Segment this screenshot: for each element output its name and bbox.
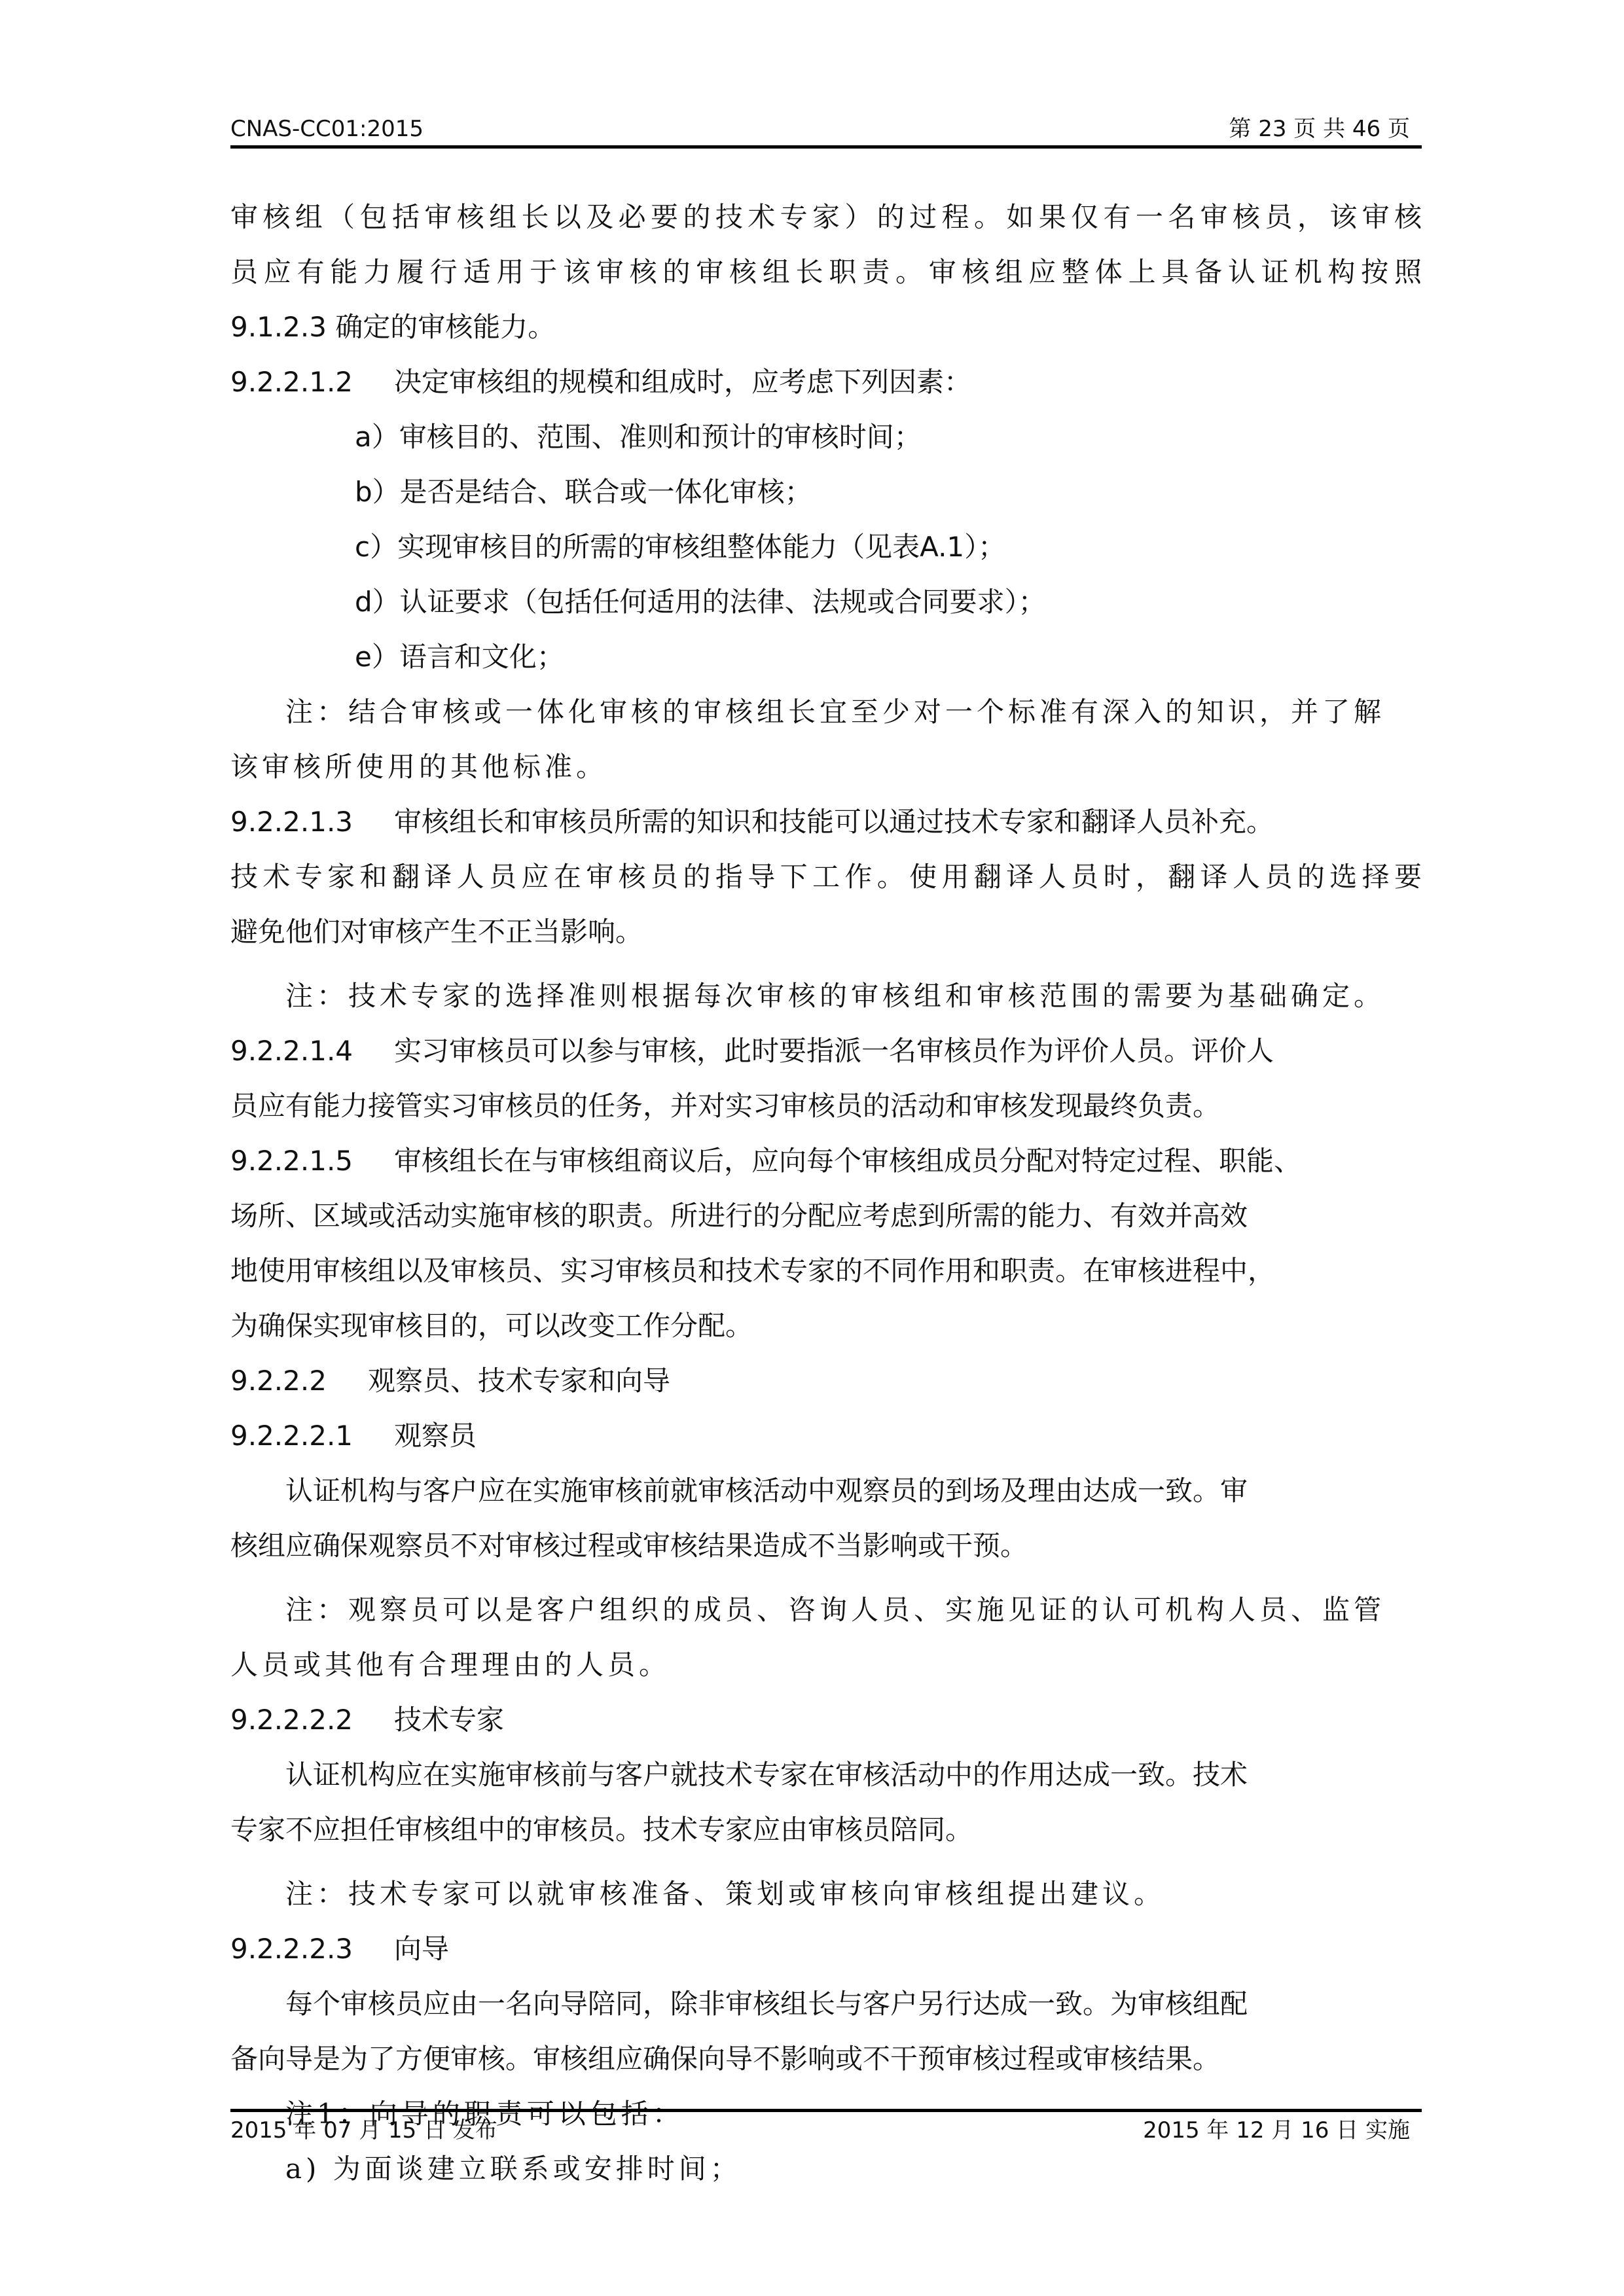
paragraph-line: 专家不应担任审核组中的审核员。技术专家应由审核员陪同。 <box>230 1803 1422 1857</box>
clause-text: 决定审核组的规模和组成时，应考虑下列因素： <box>394 366 971 398</box>
clause-9-2-2-2-2: 9.2.2.2.2技术专家 <box>230 1693 1422 1748</box>
paragraph-line: 地使用审核组以及审核员、实习审核员和技术专家的不同作用和职责。在审核进程中， <box>230 1244 1422 1299</box>
clause-9-2-2-2-3: 9.2.2.2.3向导 <box>230 1922 1422 1977</box>
paragraph-line: 认证机构与客户应在实施审核前就审核活动中观察员的到场及理由达成一致。审 <box>230 1463 1422 1518</box>
note: 注：技术专家可以就审核准备、策划或审核向审核组提出建议。 <box>230 1867 1422 1922</box>
header-rule <box>230 145 1422 149</box>
note: 注：技术专家的选择准则根据每次审核的审核组和审核范围的需要为基础确定。 <box>230 969 1422 1024</box>
document-body: 审核组（包括审核组长以及必要的技术专家）的过程。如果仅有一名审核员，该审核 员应… <box>230 190 1422 2197</box>
paragraph-line: 为确保实现审核目的，可以改变工作分配。 <box>230 1299 1422 1354</box>
page-header: CNAS-CC01:2015 第 23 页 共 46 页 <box>230 113 1422 145</box>
clause-title: 观察员 <box>394 1420 477 1452</box>
clause-9-2-2-1-3: 9.2.2.1.3审核组长和审核员所需的知识和技能可以通过技术专家和翻译人员补充… <box>230 795 1422 850</box>
clause-number: 9.2.2.2.1 <box>230 1408 394 1463</box>
page-footer: 2015 年 07 月 15 日 发布 2015 年 12 月 16 日 实施 <box>230 2114 1422 2147</box>
paragraph-line: 认证机构应在实施审核前与客户就技术专家在审核活动中的作用达成一致。技术 <box>230 1748 1422 1803</box>
note: 该审核所使用的其他标准。 <box>230 740 1422 795</box>
clause-9-2-2-2: 9.2.2.2观察员、技术专家和向导 <box>230 1354 1422 1408</box>
paragraph-line: 9.1.2.3 确定的审核能力。 <box>230 300 1422 355</box>
clause-number: 9.2.2.2.2 <box>230 1693 394 1748</box>
clause-9-2-2-2-1: 9.2.2.2.1观察员 <box>230 1408 1422 1463</box>
paragraph-line: 备向导是为了方便审核。审核组应确保向导不影响或不干预审核过程或审核结果。 <box>230 2032 1422 2087</box>
list-item: d）认证要求（包括任何适用的法律、法规或合同要求）； <box>230 575 1422 630</box>
paragraph-line: 避免他们对审核产生不正当影响。 <box>230 905 1422 960</box>
note-list-item: a) 为面谈建立联系或安排时间； <box>230 2142 1422 2197</box>
note: 注：观察员可以是客户组织的成员、咨询人员、实施见证的认可机构人员、监管 <box>230 1583 1422 1638</box>
clause-number: 9.2.2.1.4 <box>230 1024 394 1079</box>
effective-date: 2015 年 12 月 16 日 实施 <box>1143 2114 1410 2147</box>
clause-text: 审核组长和审核员所需的知识和技能可以通过技术专家和翻译人员补充。 <box>394 806 1274 838</box>
paragraph-line: 每个审核员应由一名向导陪同，除非审核组长与客户另行达成一致。为审核组配 <box>230 1977 1422 2032</box>
clause-number: 9.2.2.1.5 <box>230 1134 394 1189</box>
list-item: e）语言和文化； <box>230 630 1422 685</box>
paragraph-line: 核组应确保观察员不对审核过程或审核结果造成不当影响或干预。 <box>230 1518 1422 1573</box>
paragraph-line: 员应有能力履行适用于该审核的审核组长职责。审核组应整体上具备认证机构按照 <box>230 245 1422 300</box>
list-item: c）实现审核目的所需的审核组整体能力（见表A.1）； <box>230 520 1422 575</box>
list-item: b）是否是结合、联合或一体化审核； <box>230 465 1422 520</box>
clause-9-2-2-1-5: 9.2.2.1.5审核组长在与审核组商议后，应向每个审核组成员分配对特定过程、职… <box>230 1134 1422 1189</box>
page-number: 第 23 页 共 46 页 <box>1229 113 1410 145</box>
clause-text: 审核组长在与审核组商议后，应向每个审核组成员分配对特定过程、职能、 <box>394 1145 1301 1177</box>
paragraph-line: 技术专家和翻译人员应在审核员的指导下工作。使用翻译人员时，翻译人员的选择要 <box>230 850 1422 905</box>
clause-number: 9.2.2.1.2 <box>230 355 394 410</box>
clause-9-2-2-1-4: 9.2.2.1.4实习审核员可以参与审核，此时要指派一名审核员作为评价人员。评价… <box>230 1024 1422 1079</box>
issue-date: 2015 年 07 月 15 日 发布 <box>230 2114 497 2147</box>
paragraph-line: 员应有能力接管实习审核员的任务，并对实习审核员的活动和审核发现最终负责。 <box>230 1079 1422 1134</box>
clause-title: 观察员、技术专家和向导 <box>368 1365 670 1397</box>
clause-title: 向导 <box>394 1933 449 1965</box>
document-page: CNAS-CC01:2015 第 23 页 共 46 页 审核组（包括审核组长以… <box>230 0 1422 2296</box>
clause-number: 9.2.2.1.3 <box>230 795 394 850</box>
paragraph-line: 审核组（包括审核组长以及必要的技术专家）的过程。如果仅有一名审核员，该审核 <box>230 190 1422 245</box>
clause-number: 9.2.2.2.3 <box>230 1922 394 1977</box>
document-id: CNAS-CC01:2015 <box>230 113 424 145</box>
footer-rule <box>230 2109 1422 2112</box>
clause-text: 实习审核员可以参与审核，此时要指派一名审核员作为评价人员。评价人 <box>394 1035 1274 1067</box>
clause-9-2-2-1-2: 9.2.2.1.2决定审核组的规模和组成时，应考虑下列因素： <box>230 355 1422 410</box>
list-item: a）审核目的、范围、准则和预计的审核时间； <box>230 410 1422 465</box>
note: 人员或其他有合理理由的人员。 <box>230 1638 1422 1693</box>
clause-title: 技术专家 <box>394 1704 504 1736</box>
paragraph-line: 场所、区域或活动实施审核的职责。所进行的分配应考虑到所需的能力、有效并高效 <box>230 1189 1422 1244</box>
note: 注：结合审核或一体化审核的审核组长宜至少对一个标准有深入的知识，并了解 <box>230 685 1422 740</box>
clause-number: 9.2.2.2 <box>230 1354 368 1408</box>
